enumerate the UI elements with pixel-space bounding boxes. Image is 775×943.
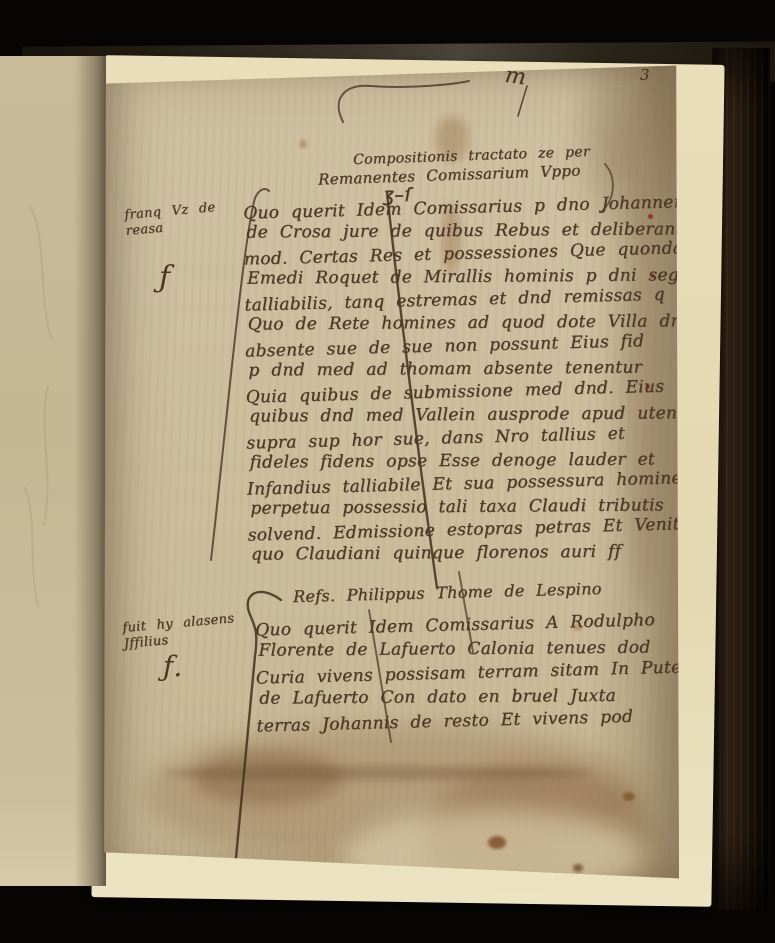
manuscript-page: m 3 Compositionis tractato ze per Remane… xyxy=(103,64,679,880)
f-mark-1: ƒ xyxy=(159,260,170,295)
top-flourish-icon xyxy=(339,81,469,122)
text-line: quo Claudiani quinque florenos auri ff xyxy=(251,540,685,566)
text-block-1: Quo querit Idem Comissarius p dno Johann… xyxy=(243,194,682,568)
text-block-2: Quo querit Idem Comissarius A Rodulpho F… xyxy=(255,610,687,736)
show-through-ink xyxy=(0,56,106,886)
m-mark-tail xyxy=(518,86,527,116)
folio-number: 3 xyxy=(640,66,650,84)
f-mark-2: ƒ. xyxy=(163,650,182,683)
manuscript-photo: m 3 Compositionis tractato ze per Remane… xyxy=(0,0,775,943)
facing-page-strip xyxy=(0,56,106,886)
